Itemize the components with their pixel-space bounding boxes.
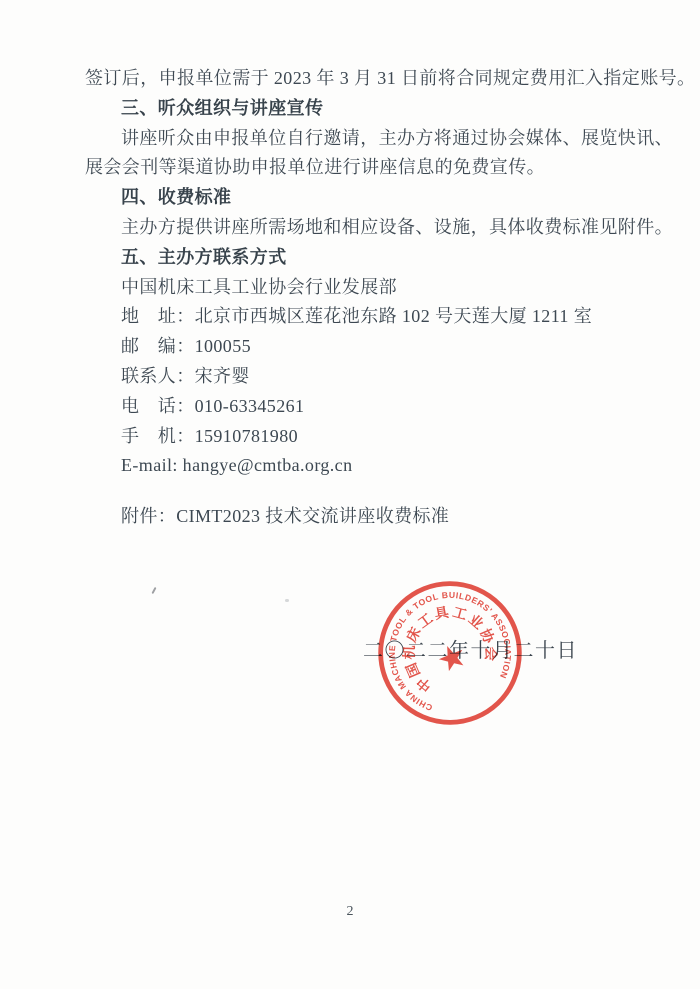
blank-gap <box>85 481 621 502</box>
section-heading-4: 四、收费标准 <box>85 183 621 213</box>
page-number: 2 <box>0 904 700 920</box>
email-line: E-mail: hangye@cmtba.org.cn <box>85 451 621 481</box>
address-line: 地 址：北京市西城区莲花池东路 102 号天莲大厦 1211 室 <box>85 302 621 332</box>
paragraph-line: 展会会刊等渠道协助申报单位进行讲座信息的免费宣传。 <box>85 153 621 183</box>
official-seal-stamp: CHINA MACHINE TOOL & TOOL BUILDERS' ASSO… <box>374 577 526 729</box>
document-body: 签订后，申报单位需于 2023 年 3 月 31 日前将合同规定费用汇入指定账号… <box>85 64 621 532</box>
paragraph-line: 主办方提供讲座所需场地和相应设备、设施，具体收费标准见附件。 <box>85 213 621 243</box>
star-icon <box>435 641 467 673</box>
document-page: 签订后，申报单位需于 2023 年 3 月 31 日前将合同规定费用汇入指定账号… <box>0 0 700 989</box>
organizer-department-line: 中国机床工具工业协会行业发展部 <box>85 273 621 303</box>
seal-graphic: CHINA MACHINE TOOL & TOOL BUILDERS' ASSO… <box>374 577 526 729</box>
postcode-line: 邮 编：100055 <box>85 332 621 362</box>
phone-line: 电 话：010-63345261 <box>85 392 621 422</box>
section-heading-5: 五、主办方联系方式 <box>85 243 621 273</box>
attachment-line: 附件：CIMT2023 技术交流讲座收费标准 <box>85 502 621 532</box>
scan-artifact <box>285 599 289 602</box>
mobile-line: 手 机：15910781980 <box>85 422 621 452</box>
contact-person-line: 联系人：宋齐婴 <box>85 362 621 392</box>
paragraph-line: 签订后，申报单位需于 2023 年 3 月 31 日前将合同规定费用汇入指定账号… <box>85 64 621 94</box>
paragraph-line: 讲座听众由申报单位自行邀请，主办方将通过协会媒体、展览快讯、 <box>85 124 621 154</box>
scan-artifact <box>151 587 156 594</box>
section-heading-3: 三、听众组织与讲座宣传 <box>85 94 621 124</box>
